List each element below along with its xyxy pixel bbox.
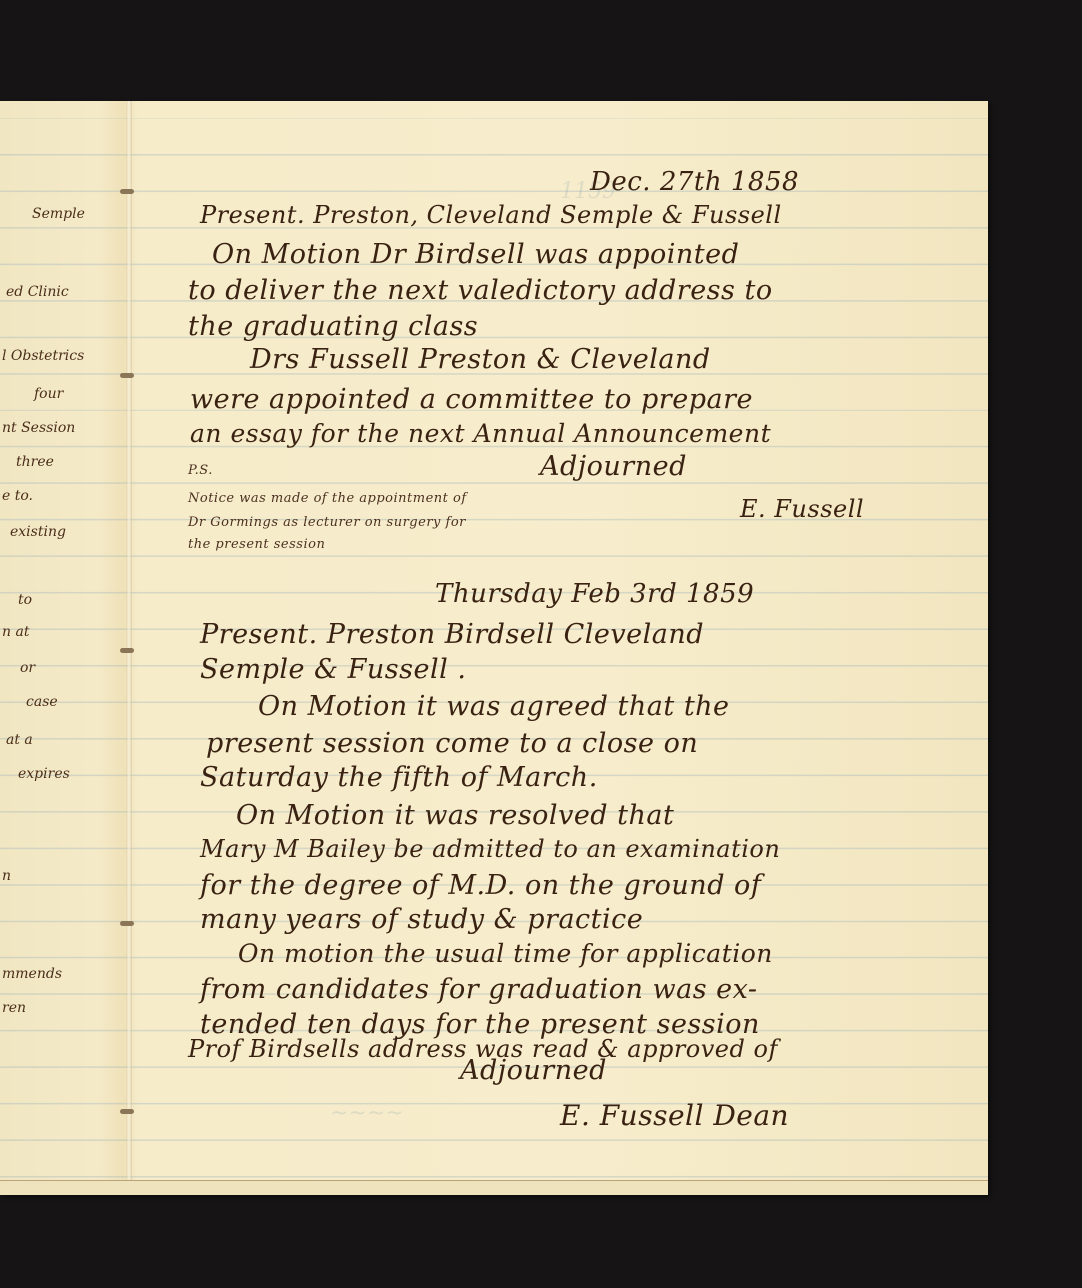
- left-page-fragment: three: [16, 454, 54, 470]
- left-page: Semple ed Clinic l Obstetrics four nt Se…: [0, 101, 125, 1195]
- left-page-fragment: ed Clinic: [6, 284, 69, 300]
- signature: E. Fussell Dean: [560, 1099, 789, 1132]
- postscript-line: the present session: [188, 537, 325, 552]
- bleed-through-text: ~~~~: [330, 1101, 404, 1126]
- entry-date: Dec. 27th 1858: [590, 167, 799, 197]
- left-page-fragment: case: [26, 694, 58, 710]
- entry-line: Semple & Fussell .: [200, 654, 466, 685]
- postscript-line: Notice was made of the appointment of: [188, 491, 467, 506]
- left-page-fragment: ren: [2, 1000, 26, 1016]
- left-page-fragment: n: [2, 868, 11, 884]
- entry-line: On Motion it was resolved that: [236, 800, 674, 831]
- entry-line: were appointed a committee to prepare: [190, 384, 753, 415]
- postscript-line: Dr Gormings as lecturer on surgery for: [188, 515, 466, 530]
- entry-line: the graduating class: [188, 311, 478, 342]
- left-page-fragment: or: [20, 660, 35, 676]
- left-page-fragment: at a: [6, 732, 33, 748]
- ledger-spread: 1159 ~~~~ Semple ed Clinic l Obstetrics …: [0, 101, 988, 1195]
- postscript-label: P.S.: [188, 463, 213, 478]
- entry-line: to deliver the next valedictory address …: [188, 275, 773, 306]
- entry-line: Present. Preston, Cleveland Semple & Fus…: [200, 201, 782, 229]
- left-page-fragment: l Obstetrics: [2, 348, 84, 364]
- left-page-fragment: n at: [2, 624, 29, 640]
- entry-line: Saturday the fifth of March.: [200, 762, 598, 793]
- page-bottom-edge: [0, 1180, 988, 1195]
- entry-line: On Motion Dr Birdsell was appointed: [212, 239, 739, 270]
- entry-line: many years of study & practice: [200, 904, 643, 935]
- entry-line: On motion the usual time for application: [238, 939, 773, 968]
- left-page-fragment: expires: [18, 766, 70, 782]
- left-page-fragment: nt Session: [2, 420, 75, 436]
- entry-line: present session come to a close on: [206, 728, 698, 759]
- entry-line: Drs Fussell Preston & Cleveland: [250, 344, 711, 375]
- left-page-fragment: e to.: [2, 488, 33, 504]
- signature: E. Fussell: [740, 495, 864, 523]
- left-page-fragment: four: [34, 386, 63, 402]
- left-page-fragment: to: [18, 592, 32, 608]
- entry-line: from candidates for graduation was ex-: [200, 974, 758, 1005]
- entry-line: On Motion it was agreed that the: [258, 691, 730, 722]
- left-page-fragment: Semple: [32, 206, 85, 222]
- adjourned-text: Adjourned: [460, 1055, 607, 1086]
- entry-line: an essay for the next Annual Announcemen…: [190, 419, 771, 448]
- left-page-fragment: mmends: [2, 966, 62, 982]
- entry-line: Mary M Bailey be admitted to an examinat…: [200, 835, 780, 863]
- adjourned-text: Adjourned: [540, 451, 687, 482]
- entry-date: Thursday Feb 3rd 1859: [435, 579, 754, 609]
- left-page-fragment: existing: [10, 524, 66, 540]
- entry-line: Present. Preston Birdsell Cleveland: [200, 619, 704, 650]
- entry-line: for the degree of M.D. on the ground of: [200, 870, 761, 901]
